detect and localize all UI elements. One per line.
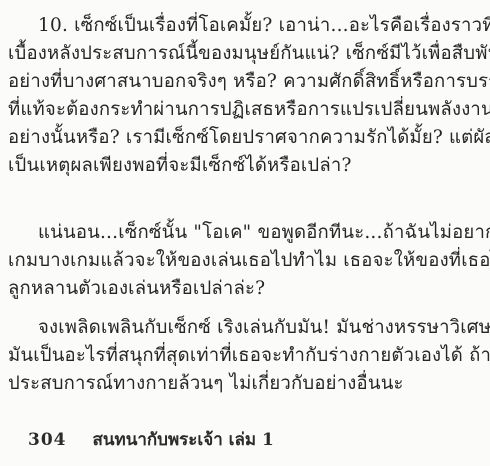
- text-line: เป็นเหตุผลเพียงพอที่จะมีเซ็กซ์ได้หรือเปล…: [8, 152, 478, 180]
- text-line: 10. เซ็กซ์เป็นเรื่องที่โอเคมั้ย? เอาน่า.…: [8, 12, 478, 40]
- page-number: 304: [28, 430, 67, 450]
- text-line: อย่างที่บางศาสนาบอกจริงๆ หรือ? ความศักดิ…: [8, 68, 478, 96]
- page-footer: 304 สนทนากับพระเจ้า เล่ม 1: [28, 426, 274, 453]
- paragraph-2: แน่นอน...เซ็กซ์นั้น "โอเค" ขอพูดอีกทีนะ.…: [8, 219, 478, 303]
- text-line: มันเป็นอะไรที่สนุกที่สุดเท่าที่เธอจะทำกั…: [8, 342, 478, 370]
- paragraph-3: จงเพลิดเพลินกับเซ็กซ์ เริงเล่นกับมัน! มั…: [8, 314, 478, 398]
- text-line: แน่นอน...เซ็กซ์นั้น "โอเค" ขอพูดอีกทีนะ.…: [8, 219, 478, 247]
- book-page: 10. เซ็กซ์เป็นเรื่องที่โอเคมั้ย? เอาน่า.…: [0, 0, 490, 466]
- book-title: สนทนากับพระเจ้า เล่ม 1: [93, 426, 274, 453]
- text-line: ลูกหลานตัวเองเล่นหรือเปล่าล่ะ?: [8, 275, 478, 303]
- text-line: อย่างนั้นหรือ? เรามีเซ็กซ์โดยปราศจากความ…: [8, 124, 478, 152]
- text-line: เกมบางเกมแล้วจะให้ของเล่นเธอไปทำไม เธอจะ…: [8, 247, 478, 275]
- text-line: ประสบการณ์ทางกายล้วนๆ ไม่เกี่ยวกับอย่างอ…: [8, 370, 478, 398]
- paragraph-1: 10. เซ็กซ์เป็นเรื่องที่โอเคมั้ย? เอาน่า.…: [8, 12, 478, 180]
- text-line: ที่แท้จะต้องกระทำผ่านการปฏิเสธหรือการแปร…: [8, 96, 478, 124]
- text-line: จงเพลิดเพลินกับเซ็กซ์ เริงเล่นกับมัน! มั…: [8, 314, 478, 342]
- text-line: เบื้องหลังประสบการณ์นี้ของมนุษย์กันแน่? …: [8, 40, 478, 68]
